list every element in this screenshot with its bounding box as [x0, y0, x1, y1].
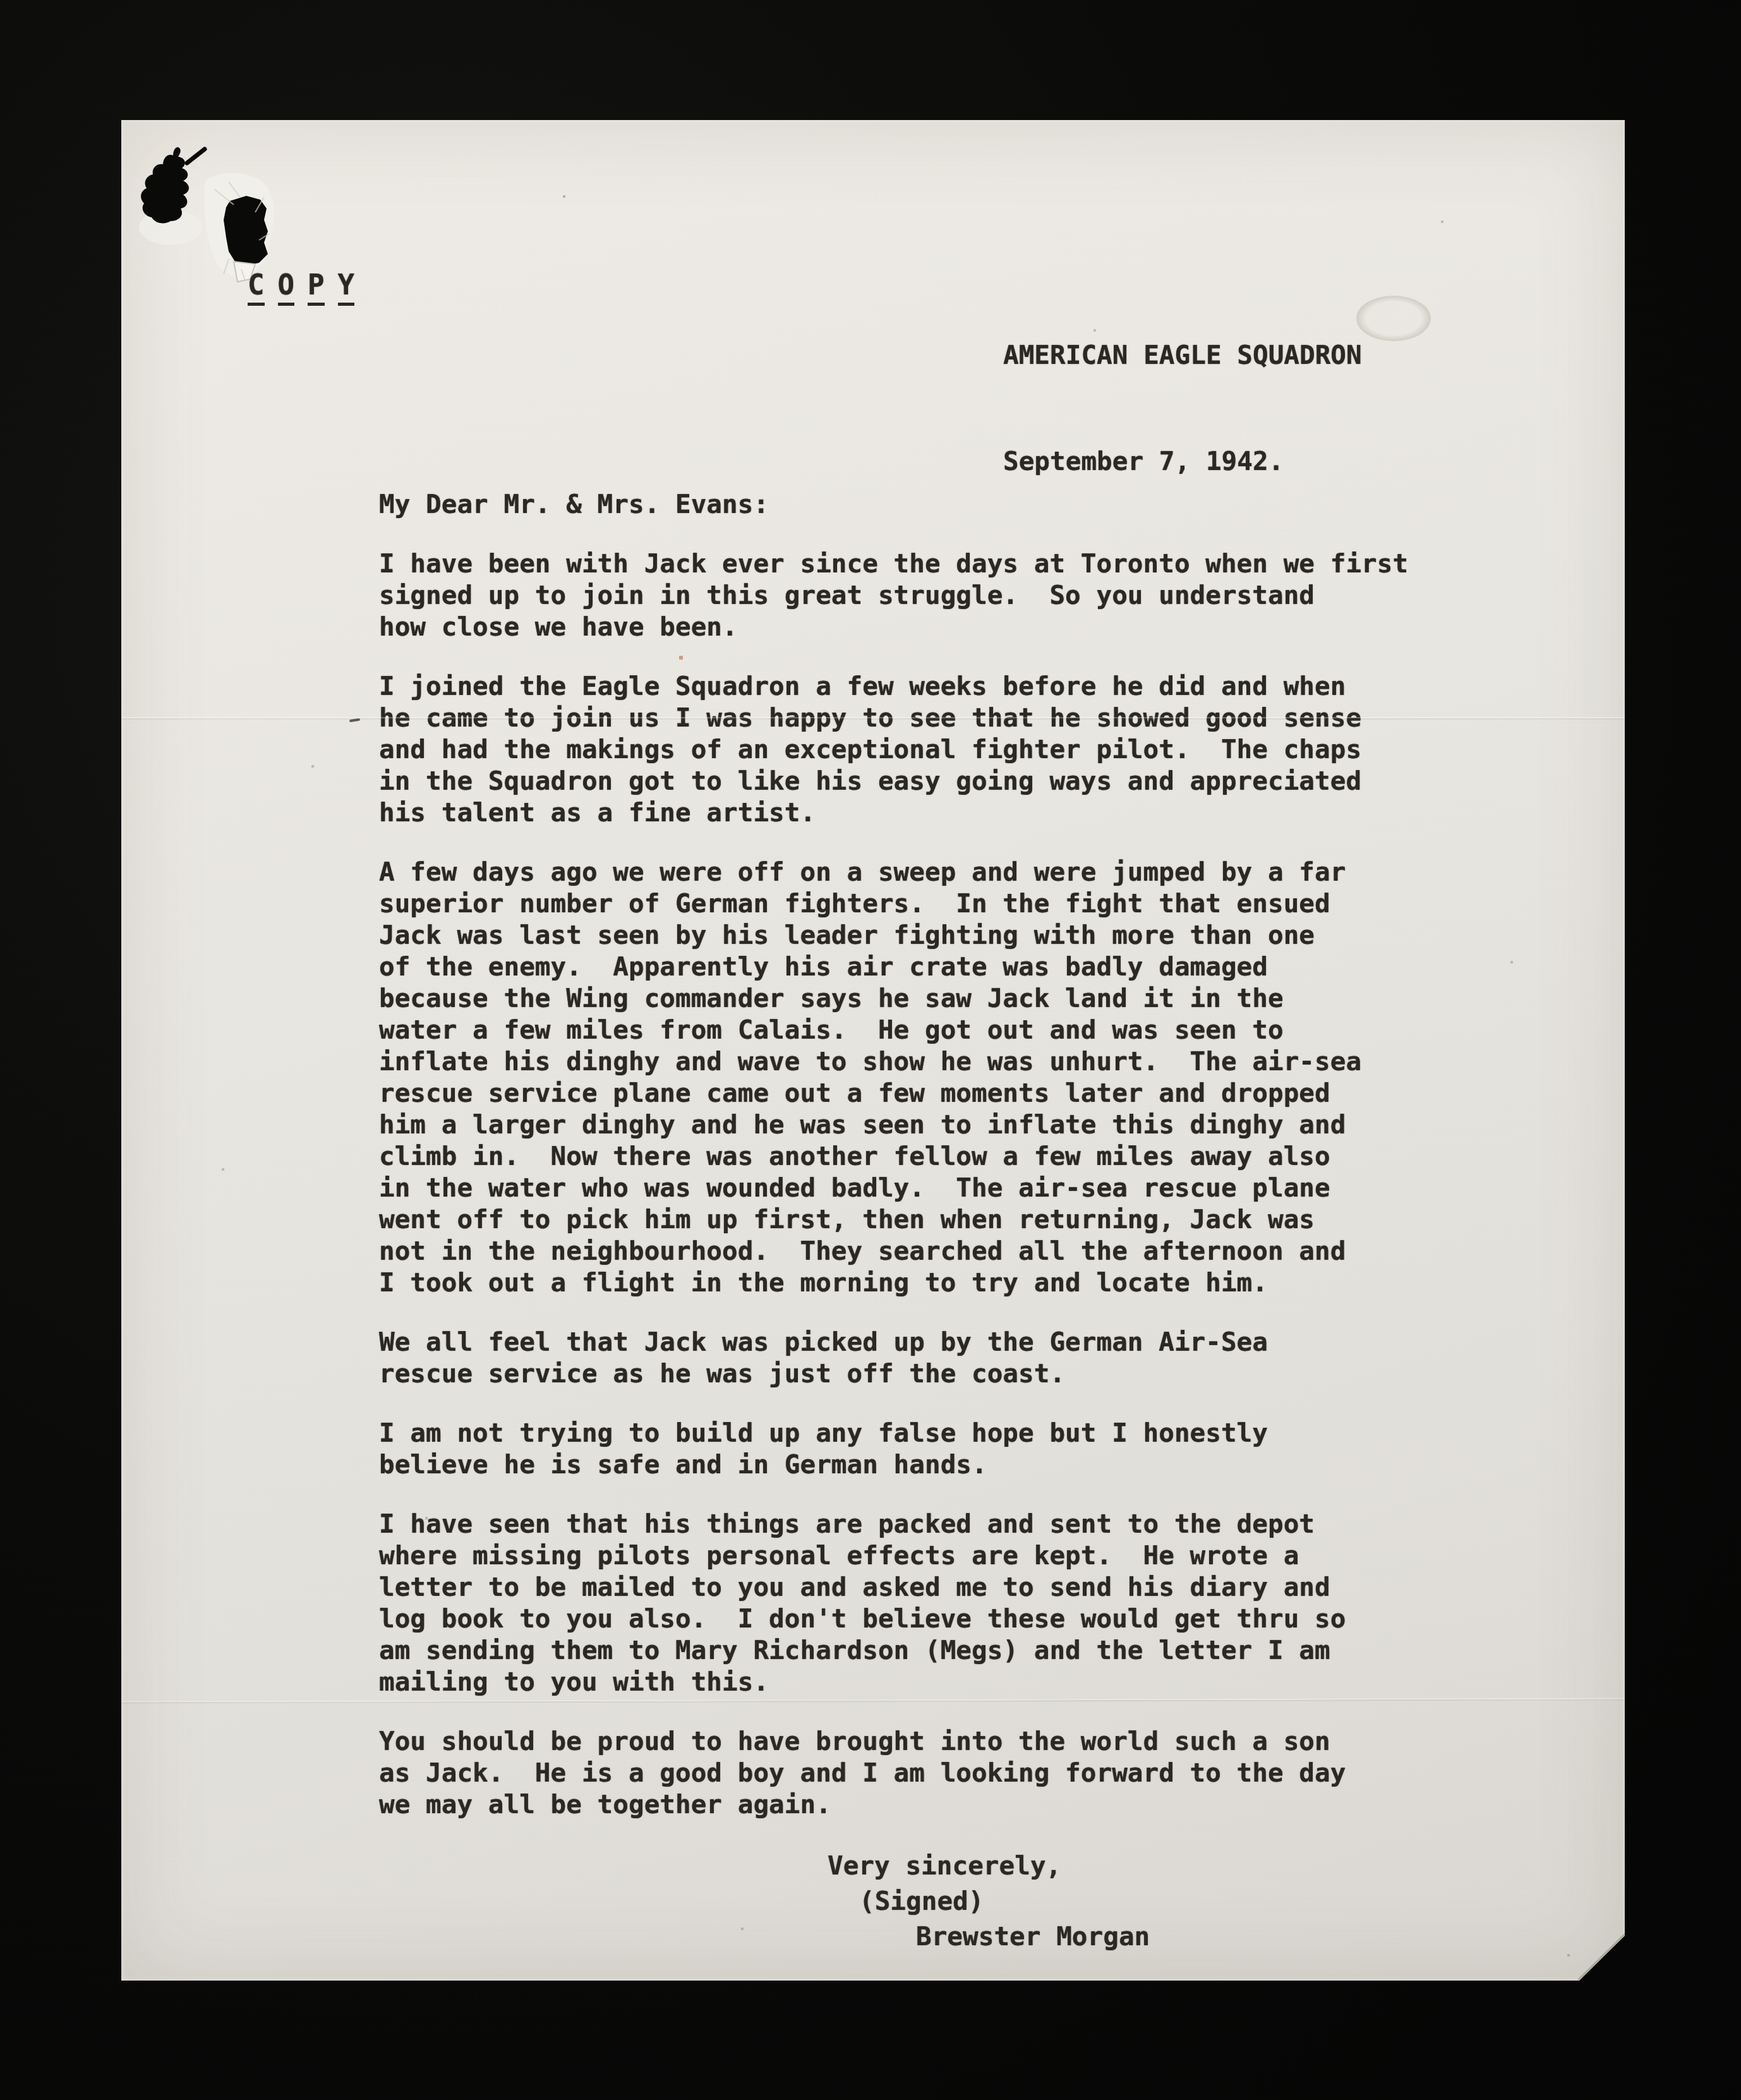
paragraph-6: I have seen that his things are packed a… — [379, 1508, 1408, 1698]
dust-specks — [121, 120, 123, 121]
organization-name: AMERICAN EAGLE SQUADRON — [1003, 337, 1362, 373]
paragraph-4: We all feel that Jack was picked up by t… — [379, 1326, 1408, 1389]
photo-background: COPY AMERICAN EAGLE SQUADRON September 7… — [0, 0, 1741, 2100]
paragraph-7: You should be proud to have brought into… — [379, 1725, 1408, 1820]
tear-spike — [187, 149, 205, 163]
letter-date: September 7, 1942. — [1003, 444, 1362, 479]
closing-block: Very sincerely, (Signed) Brewster Morgan — [379, 1848, 1408, 1954]
hole-left — [141, 147, 189, 223]
letter-body: My Dear Mr. & Mrs. Evans: I have been wi… — [379, 488, 1408, 1954]
paragraph-3: A few days ago we were off on a sweep an… — [379, 856, 1408, 1298]
paragraph-1: I have been with Jack ever since the day… — [379, 548, 1408, 643]
salutation: My Dear Mr. & Mrs. Evans: — [379, 488, 1408, 520]
copy-letter-p: P — [308, 272, 325, 306]
ink-smudge — [1356, 296, 1431, 341]
letter-paper: COPY AMERICAN EAGLE SQUADRON September 7… — [121, 120, 1625, 1981]
signed-note: (Signed) — [859, 1883, 1408, 1919]
copy-stamp: COPY — [248, 269, 368, 306]
paragraph-2: I joined the Eagle Squadron a few weeks … — [379, 670, 1408, 828]
copy-letter-c: C — [248, 272, 265, 306]
folded-corner-edge — [1577, 1933, 1627, 1982]
copy-letter-y: Y — [338, 272, 355, 306]
signature-name: Brewster Morgan — [916, 1919, 1408, 1954]
valediction: Very sincerely, — [828, 1848, 1408, 1883]
copy-letter-o: O — [278, 272, 295, 306]
fold-crease-upper — [121, 717, 1625, 720]
paragraph-5: I am not trying to build up any false ho… — [379, 1417, 1408, 1480]
